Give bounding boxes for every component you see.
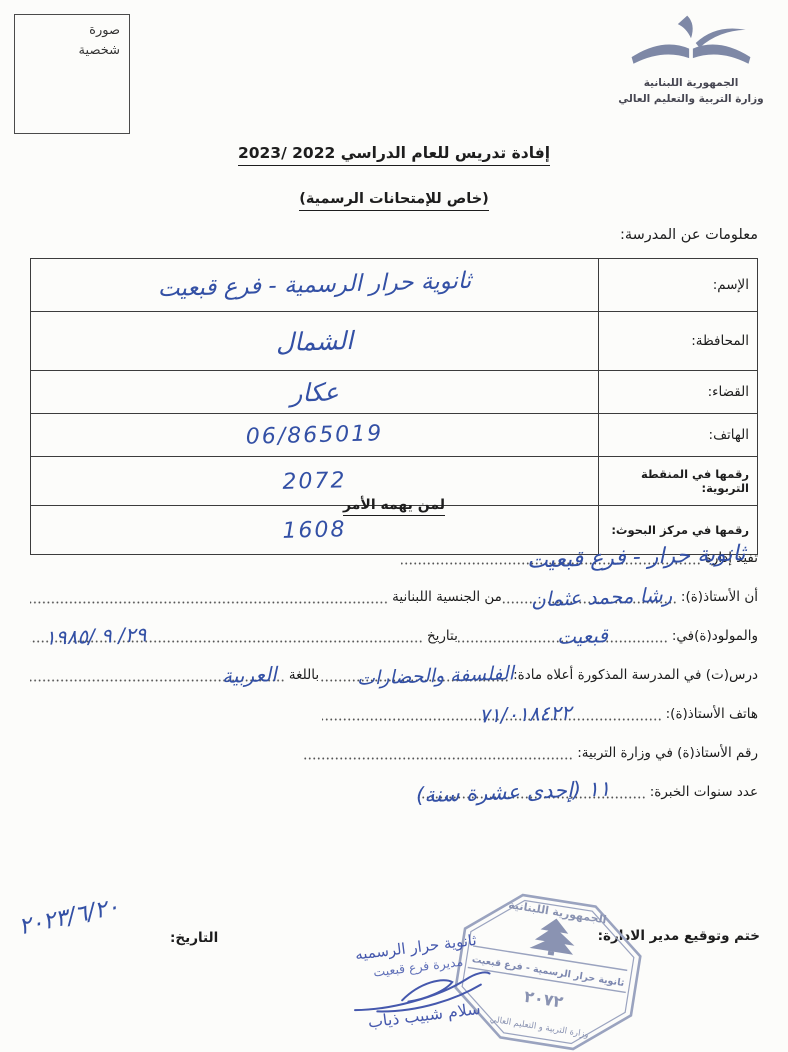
subject-label: درس(ت) في المدرسة المذكورة أعلاه مادة: <box>509 667 758 683</box>
teacher-label: أن الأستاذ(ة): <box>677 589 758 605</box>
table-row-name: الإسم: ثانوية حرار الرسمية - فرع قبعيت <box>31 259 758 312</box>
school-intro-dotted-line: ثانوية حرار - فرع قبعيت <box>401 548 701 566</box>
field-label-name: الإسم: <box>599 259 758 312</box>
form-line-ministry-number: رقم الأستاذ(ة) في وزارة التربية: <box>30 735 758 761</box>
form-line-school: تفيد إدارة ثانوية حرار - فرع قبعيت <box>30 540 758 566</box>
birthdate-label: بتاريخ <box>423 628 458 644</box>
form-body: تفيد إدارة ثانوية حرار - فرع قبعيت أن ال… <box>30 540 758 813</box>
date-label: التاريخ: <box>170 930 218 946</box>
teacher-phone-dotted-line: ٧١/٠١٨٤٢٢ <box>322 704 662 722</box>
handwritten-language: العربية <box>222 662 277 688</box>
field-label-governorate: المحافظة: <box>599 312 758 371</box>
ministry-name-line1: الجمهورية اللبنانية <box>602 76 780 92</box>
table-row-governorate: المحافظة: الشمال <box>31 312 758 371</box>
certificate-title-text: إفادة تدريس للعام الدراسي <box>341 144 550 162</box>
stamp-ministry-text: وزارة التربية و التعليم العالي <box>489 1015 589 1040</box>
scanned-teaching-certificate: صورة شخصية الجمهورية اللبنانية وزارة الت… <box>0 0 788 1052</box>
handwritten-school: ثانوية حرار - فرع قبعيت <box>527 541 746 574</box>
academic-year: 2023/ 2022 <box>238 144 335 162</box>
birthplace-label: والمولود(ة)في: <box>668 628 758 644</box>
ministry-name-line2: وزارة التربية والتعليم العالي <box>602 92 780 108</box>
handwritten-governorate: الشمال <box>32 319 598 363</box>
handwritten-subject: الفلسفة والحضارات <box>357 662 515 689</box>
handwritten-teacher-name: رشا محمد عثمان <box>530 583 672 612</box>
form-line-teacher-phone: هاتف الأستاذ(ة): ٧١/٠١٨٤٢٢ <box>30 696 758 722</box>
handwritten-school-phone: 06/865019 <box>32 415 597 455</box>
table-row-district: القضاء: عكار <box>31 371 758 414</box>
birthplace-dotted-line: قبعيت <box>458 626 668 644</box>
handwritten-birthplace: قبعيت <box>557 623 609 649</box>
handwritten-district: عكار <box>32 370 598 414</box>
school-info-heading: معلومات عن المدرسة: <box>620 227 758 243</box>
field-label-district: القضاء: <box>599 371 758 414</box>
ministry-logo-block: الجمهورية اللبنانية وزارة التربية والتعل… <box>602 10 780 108</box>
language-label: باللغة <box>285 667 319 683</box>
birthdate-dotted-line: ١٩٨٥/ ٩ /٢٩ <box>30 626 423 644</box>
open-book-icon <box>602 10 780 76</box>
photo-box-label-line2: شخصية <box>24 41 120 61</box>
handwritten-teacher-phone: ٧١/٠١٨٤٢٢ <box>479 700 572 727</box>
field-label-phone: الهاتف: <box>599 414 758 457</box>
nationality-label: من الجنسية اللبنانية <box>388 589 502 605</box>
experience-dotted-line: ١١ (إحدى عشرة سنة) <box>416 782 646 800</box>
photo-box-label-line1: صورة <box>24 21 120 41</box>
ministry-number-label: رقم الأستاذ(ة) في وزارة التربية: <box>573 745 758 761</box>
form-line-subject: درس(ت) في المدرسة المذكورة أعلاه مادة: ا… <box>30 657 758 683</box>
experience-label: عدد سنوات الخبرة: <box>646 784 758 800</box>
handwritten-experience: ١١ (إحدى عشرة سنة) <box>416 777 611 808</box>
form-line-teacher: أن الأستاذ(ة): رشا محمد عثمان من الجنسية… <box>30 579 758 605</box>
certificate-subtitle: (خاص للإمتحانات الرسمية) <box>299 191 489 211</box>
form-line-experience: عدد سنوات الخبرة: ١١ (إحدى عشرة سنة) <box>30 774 758 800</box>
teacher-phone-label: هاتف الأستاذ(ة): <box>662 706 758 722</box>
table-row-phone: الهاتف: 06/865019 <box>31 414 758 457</box>
certificate-title: إفادة تدريس للعام الدراسي 2023/ 2022 <box>238 144 550 166</box>
handwritten-birthdate: ١٩٨٥/ ٩ /٢٩ <box>45 622 147 650</box>
nationality-dotted-line <box>30 587 388 605</box>
subject-dotted-line: الفلسفة والحضارات <box>319 665 509 683</box>
form-line-birth: والمولود(ة)في: قبعيت بتاريخ ١٩٨٥/ ٩ /٢٩ <box>30 618 758 644</box>
language-dotted-line: العربية <box>30 665 285 683</box>
handwritten-date: ٢٠٢٣/٦/٢٠ <box>16 894 121 941</box>
teacher-dotted-line: رشا محمد عثمان <box>502 587 677 605</box>
handwritten-school-name: ثانوية حرار الرسمية - فرع قبعيت <box>32 265 597 306</box>
photo-box: صورة شخصية <box>14 14 130 134</box>
ministry-number-dotted-line <box>303 743 573 761</box>
concern-heading: لمن يهمه الأمر <box>343 497 445 516</box>
